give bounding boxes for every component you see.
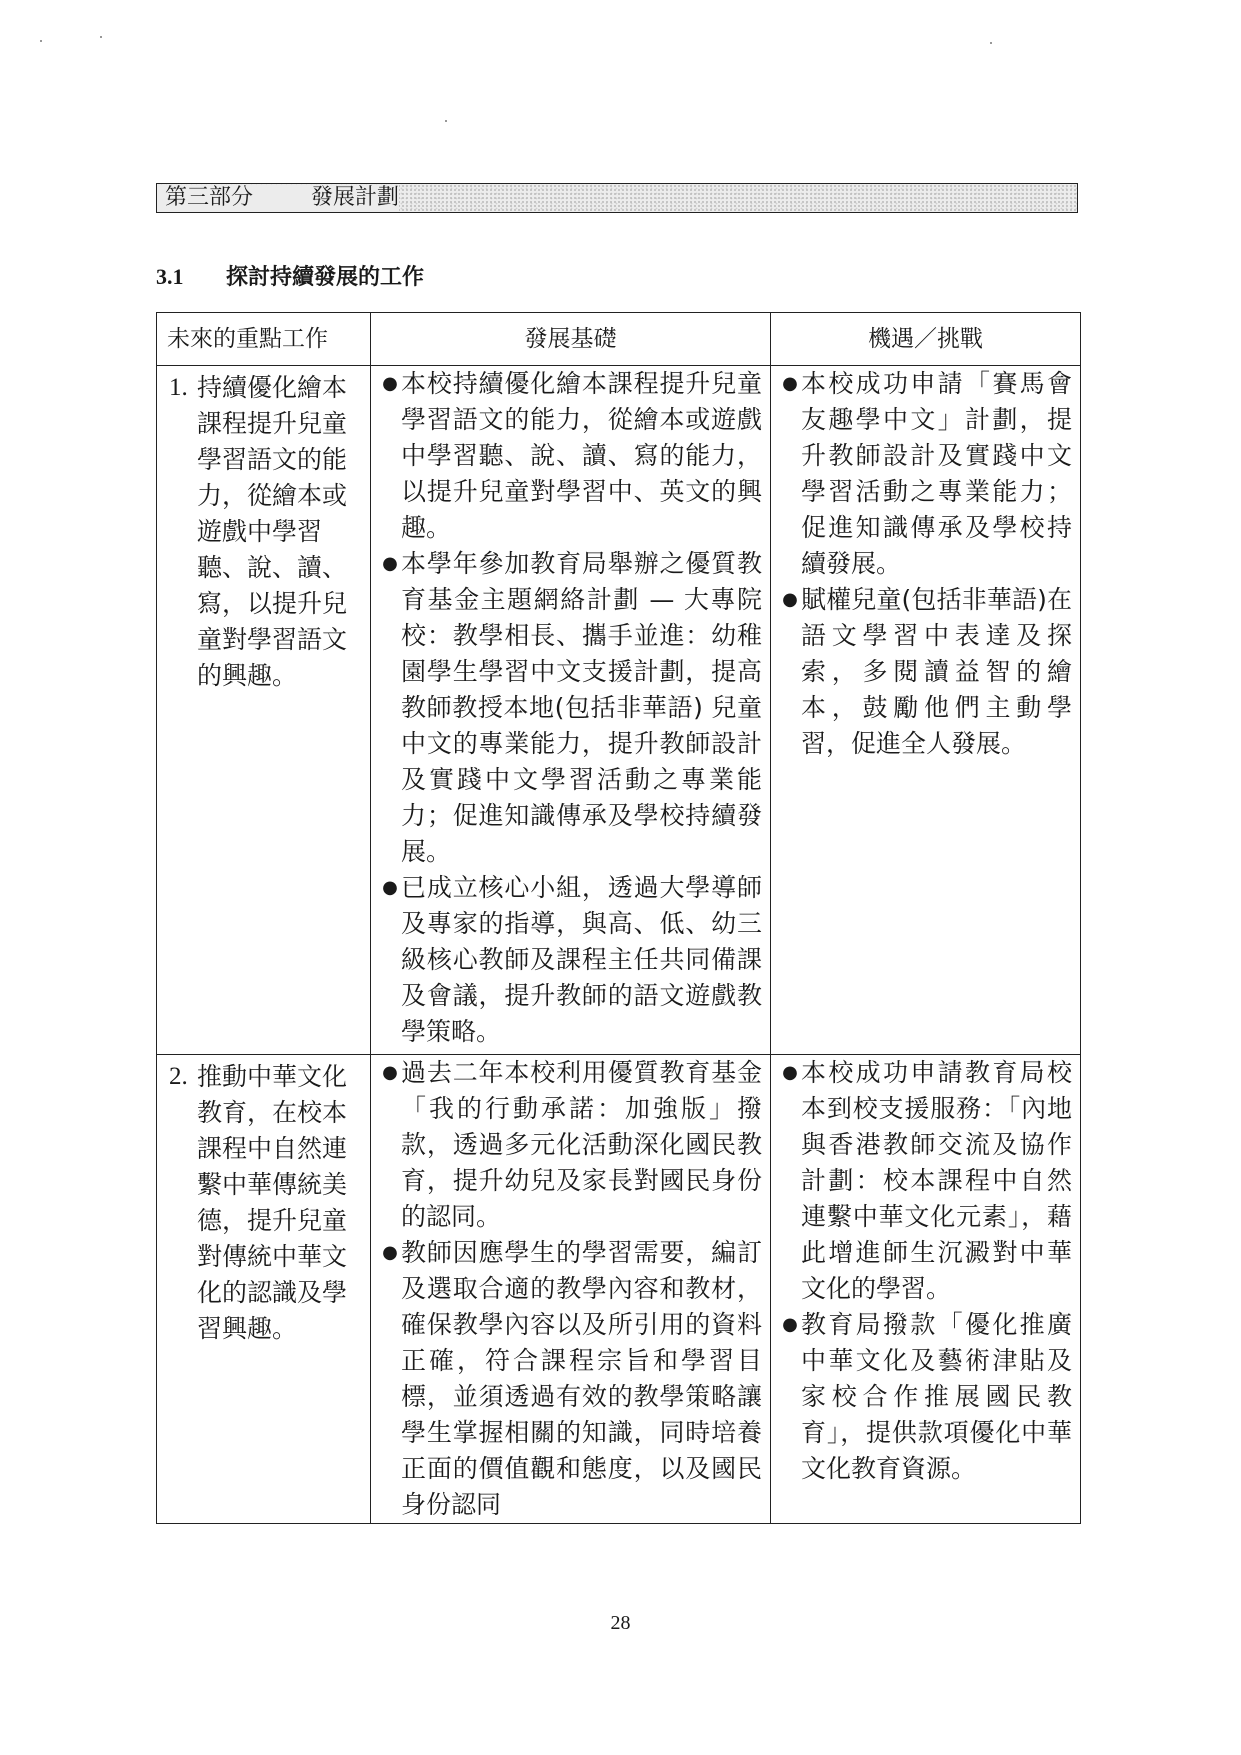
development-plan-table: 未來的重點工作 發展基礎 機遇／挑戰 1. 持續優化繪本課程提升兒童學習語文的能…	[156, 312, 1081, 1524]
bullet-text: 本學年參加教育局舉辦之優質教育基金主題網絡計劃 — 大專院校：教學相長、攜手並進…	[401, 546, 762, 870]
task-cell: 1. 持續優化繪本課程提升兒童學習語文的能力，從繪本或遊戲中學習聽、說、讀、寫，…	[157, 366, 371, 1055]
list-item: ●教育局撥款「優化推廣中華文化及藝術津貼及家校合作推展國民教育」，提供款項優化中…	[779, 1307, 1072, 1487]
task-number: 1.	[169, 370, 197, 694]
bullet-text: 教師因應學生的學習需要，編訂及選取合適的教學內容和教材，確保教學內容以及所引用的…	[401, 1235, 762, 1523]
list-item: ●本校成功申請教育局校本到校支援服務：「內地與香港教師交流及協作計劃：校本課程中…	[779, 1055, 1072, 1307]
bullet-icon: ●	[779, 582, 801, 762]
foundation-cell: ●本校持續優化繪本課程提升兒童學習語文的能力，從繪本或遊戲中學習聽、說、讀、寫的…	[371, 366, 771, 1055]
header-foundation: 發展基礎	[371, 313, 771, 366]
bullet-text: 賦權兒童(包括非華語)在語文學習中表達及探索，多閱讀益智的繪本，鼓勵他們主動學習…	[801, 582, 1072, 762]
opportunities-cell: ●本校成功申請「賽馬會友趣學中文」計劃，提升教師設計及實踐中文學習活動之專業能力…	[771, 366, 1081, 1055]
banner-label: 第三部分發展計劃	[157, 185, 399, 211]
part-banner: 第三部分發展計劃	[156, 183, 1078, 213]
bullet-text: 教育局撥款「優化推廣中華文化及藝術津貼及家校合作推展國民教育」，提供款項優化中華…	[801, 1307, 1072, 1487]
list-item: ●已成立核心小組，透過大學導師及專家的指導，與高、低、幼三級核心教師及課程主任共…	[379, 870, 762, 1050]
list-item: ●本學年參加教育局舉辦之優質教育基金主題網絡計劃 — 大專院校：教學相長、攜手並…	[379, 546, 762, 870]
banner-part: 第三部分	[165, 185, 253, 210]
bullet-text: 本校成功申請教育局校本到校支援服務：「內地與香港教師交流及協作計劃：校本課程中自…	[801, 1055, 1072, 1307]
task-number: 2.	[169, 1059, 197, 1347]
opportunities-cell: ●本校成功申請教育局校本到校支援服務：「內地與香港教師交流及協作計劃：校本課程中…	[771, 1055, 1081, 1524]
section-title: 探討持續發展的工作	[226, 265, 424, 290]
task-text: 持續優化繪本課程提升兒童學習語文的能力，從繪本或遊戲中學習聽、說、讀、寫，以提升…	[197, 370, 360, 694]
bullet-icon: ●	[779, 1055, 801, 1307]
bullet-text: 已成立核心小組，透過大學導師及專家的指導，與高、低、幼三級核心教師及課程主任共同…	[401, 870, 762, 1050]
scan-speck	[100, 36, 102, 38]
bullet-icon: ●	[379, 870, 401, 1050]
page-number: 28	[0, 1612, 1241, 1635]
bullet-text: 本校成功申請「賽馬會友趣學中文」計劃，提升教師設計及實踐中文學習活動之專業能力；…	[801, 366, 1072, 582]
bullet-text: 本校持續優化繪本課程提升兒童學習語文的能力，從繪本或遊戲中學習聽、說、讀、寫的能…	[401, 366, 762, 546]
bullet-icon: ●	[379, 1055, 401, 1235]
scan-speck	[990, 42, 992, 44]
header-opportunities: 機遇／挑戰	[771, 313, 1081, 366]
list-item: ●過去二年本校利用優質教育基金「我的行動承諾：加強版」撥款，透過多元化活動深化國…	[379, 1055, 762, 1235]
section-heading: 3.1探討持續發展的工作	[156, 262, 424, 293]
table-header-row: 未來的重點工作 發展基礎 機遇／挑戰	[157, 313, 1081, 366]
foundation-list: ●本校持續優化繪本課程提升兒童學習語文的能力，從繪本或遊戲中學習聽、說、讀、寫的…	[371, 366, 770, 1050]
header-future-focus: 未來的重點工作	[157, 313, 371, 366]
bullet-icon: ●	[779, 366, 801, 582]
bullet-icon: ●	[379, 366, 401, 546]
bullet-icon: ●	[379, 1235, 401, 1523]
bullet-icon: ●	[779, 1307, 801, 1487]
list-item: ●本校成功申請「賽馬會友趣學中文」計劃，提升教師設計及實踐中文學習活動之專業能力…	[779, 366, 1072, 582]
opportunities-list: ●本校成功申請教育局校本到校支援服務：「內地與香港教師交流及協作計劃：校本課程中…	[771, 1055, 1080, 1487]
table-row: 1. 持續優化繪本課程提升兒童學習語文的能力，從繪本或遊戲中學習聽、說、讀、寫，…	[157, 366, 1081, 1055]
list-item: ●賦權兒童(包括非華語)在語文學習中表達及探索，多閱讀益智的繪本，鼓勵他們主動學…	[779, 582, 1072, 762]
scan-speck	[40, 40, 42, 42]
task-cell: 2. 推動中華文化教育，在校本課程中自然連繫中華傳統美德，提升兒童對傳統中華文化…	[157, 1055, 371, 1524]
foundation-list: ●過去二年本校利用優質教育基金「我的行動承諾：加強版」撥款，透過多元化活動深化國…	[371, 1055, 770, 1523]
list-item: ●教師因應學生的學習需要，編訂及選取合適的教學內容和教材，確保教學內容以及所引用…	[379, 1235, 762, 1523]
scan-speck	[445, 120, 447, 122]
banner-title: 發展計劃	[311, 185, 399, 210]
bullet-icon: ●	[379, 546, 401, 870]
section-number: 3.1	[156, 262, 226, 292]
foundation-cell: ●過去二年本校利用優質教育基金「我的行動承諾：加強版」撥款，透過多元化活動深化國…	[371, 1055, 771, 1524]
bullet-text: 過去二年本校利用優質教育基金「我的行動承諾：加強版」撥款，透過多元化活動深化國民…	[401, 1055, 762, 1235]
opportunities-list: ●本校成功申請「賽馬會友趣學中文」計劃，提升教師設計及實踐中文學習活動之專業能力…	[771, 366, 1080, 762]
table-row: 2. 推動中華文化教育，在校本課程中自然連繫中華傳統美德，提升兒童對傳統中華文化…	[157, 1055, 1081, 1524]
list-item: ●本校持續優化繪本課程提升兒童學習語文的能力，從繪本或遊戲中學習聽、說、讀、寫的…	[379, 366, 762, 546]
task-text: 推動中華文化教育，在校本課程中自然連繫中華傳統美德，提升兒童對傳統中華文化的認識…	[197, 1059, 360, 1347]
